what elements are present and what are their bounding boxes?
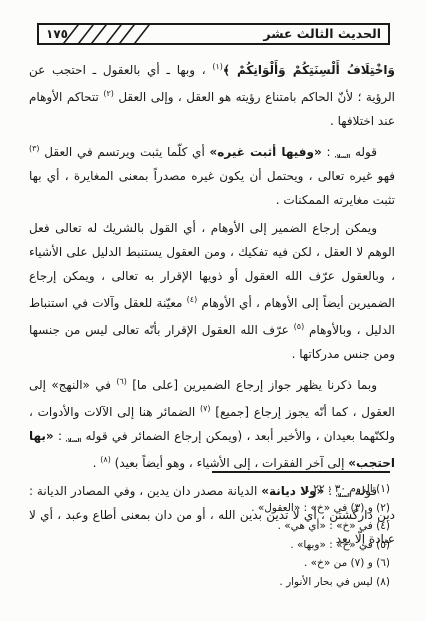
paragraph: وبما ذكرنا يظهر جواز إرجاع الضميرين [على… bbox=[29, 370, 395, 475]
text-run: وبما ذكرنا يظهر جواز إرجاع الضميرين [على… bbox=[127, 378, 377, 392]
emphasized-text: وَاخْتِلَافُ أَلْسِنَتِكُمْ وَأَلْوَانِك… bbox=[223, 63, 395, 77]
diagonal-stripe-icon bbox=[91, 25, 122, 43]
footnote-item: (٨) ليس في بحار الأنوار . bbox=[36, 573, 390, 592]
footnote-marker: (٦) bbox=[116, 377, 127, 386]
text-run: قوله bbox=[350, 145, 377, 159]
footnote-marker: (٣) bbox=[29, 144, 40, 153]
header-stripes bbox=[77, 25, 150, 43]
footnote-marker: (٤) bbox=[187, 295, 198, 304]
paragraph: وَاخْتِلَافُ أَلْسِنَتِكُمْ وَأَلْوَانِك… bbox=[29, 55, 395, 133]
emphasized-text: «وفيها أثبت غيره» bbox=[210, 145, 322, 159]
book-page: ١٧٥ الحديث الثالث عشر وَاخْتِلَافُ أَلْس… bbox=[0, 0, 426, 621]
footnote-marker: (٥) bbox=[294, 322, 305, 331]
text-run: إلى آخر الفقرات ، إلى الأشياء ، وهو أيضا… bbox=[111, 456, 348, 470]
chapter-title: الحديث الثالث عشر bbox=[150, 25, 388, 43]
honorific-mark: عليه السلام bbox=[335, 150, 350, 160]
text-run: أي كلّما يثبت ويرتسم في العقل bbox=[40, 145, 210, 159]
diagonal-stripe-icon bbox=[119, 25, 150, 43]
footnote-item: (٥) في «خ» : «وبها» . bbox=[36, 536, 390, 555]
text-run: : bbox=[54, 429, 67, 443]
footnote-separator bbox=[212, 471, 390, 473]
header-box: ١٧٥ الحديث الثالث عشر bbox=[37, 23, 390, 45]
footnote-item: (٤) في «خ» : «أي هي» . bbox=[36, 517, 390, 536]
footnote-item: (١) الروم ٣٠ : ٢٢ . bbox=[36, 480, 390, 499]
paragraph: قوله عليه السلام : «وفيها أثبت غيره» أي … bbox=[29, 137, 395, 212]
footnote-item: (٢) و (٣) في «خ» : «العقول» . bbox=[36, 499, 390, 518]
text-run: : bbox=[322, 145, 336, 159]
footnote-item: (٦) و (٧) من «خ» . bbox=[36, 554, 390, 573]
body-text: وَاخْتِلَافُ أَلْسِنَتِكُمْ وَأَلْوَانِك… bbox=[29, 55, 395, 551]
footnote-marker: (١) bbox=[212, 62, 223, 71]
footnote-marker: (٨) bbox=[100, 455, 111, 464]
chapter-title-text: الحديث الثالث عشر bbox=[150, 28, 381, 41]
footnotes-list: (١) الروم ٣٠ : ٢٢ .(٢) و (٣) في «خ» : «ا… bbox=[36, 480, 390, 591]
footnote-marker: (٢) bbox=[103, 89, 114, 98]
paragraph: ويمكن إرجاع الضمير إلى الأوهام ، أي القو… bbox=[29, 216, 395, 366]
footnote-marker: (٧) bbox=[200, 404, 211, 413]
text-run: فهو غيره تعالى ، ويحتمل أن يكون غيره مصد… bbox=[29, 169, 395, 207]
honorific-mark: عليه السلام bbox=[66, 434, 81, 444]
